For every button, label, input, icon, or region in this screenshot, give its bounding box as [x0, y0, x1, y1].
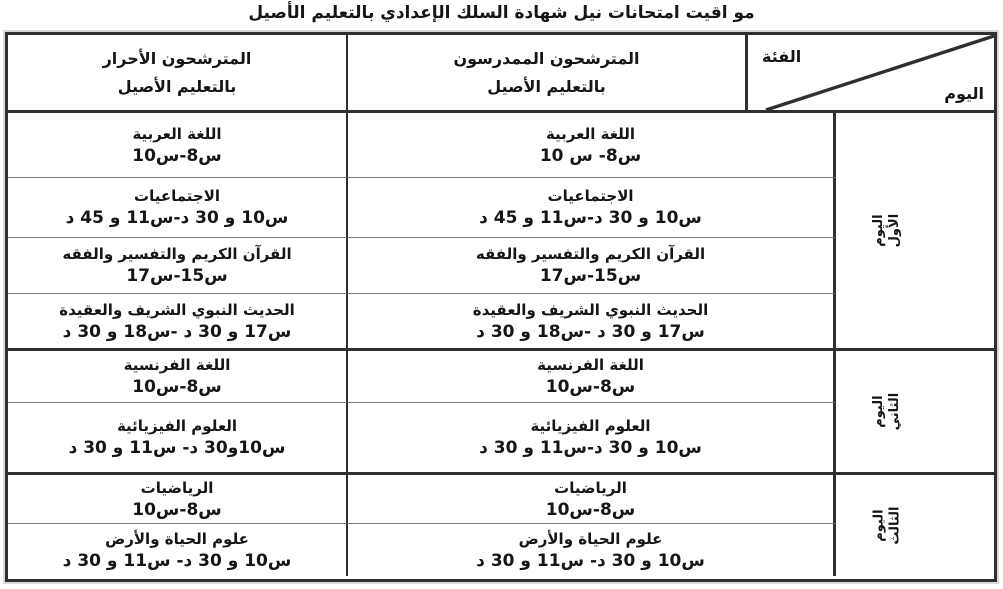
- header-free-line1: المترشحون الأحرار: [103, 45, 252, 73]
- subject-time: س10و30 د- س11 و 30 د: [69, 438, 286, 458]
- subject-name: علوم الحياة والأرض: [105, 530, 249, 548]
- header-enrolled-candidates: المترشحون الممدرسون بالتعليم الأصيل: [348, 35, 748, 110]
- header-free-candidates: المترشحون الأحرار بالتعليم الأصيل: [8, 35, 348, 110]
- day2-label-line1: اليوم: [871, 393, 887, 431]
- corner-category-label: الفئة: [762, 47, 801, 66]
- header-corner-cell: الفئة اليوم: [748, 35, 994, 110]
- cell-enrolled-day3-math: الرياضيات س8-س10: [348, 472, 836, 523]
- cell-free-day1-hadith: الحديث النبوي الشريف والعقيدة س17 و 30 د…: [8, 293, 348, 348]
- subject-name: اللغة الفرنسية: [124, 356, 231, 374]
- subject-name: القرآن الكريم والتفسير والفقه: [62, 245, 291, 263]
- cell-enrolled-day2-physics: العلوم الفيزيائية س10 و 30 د-س11 و 30 د: [348, 402, 836, 472]
- subject-name: الاجتماعيات: [134, 187, 220, 205]
- table-body: اللغة العربية س8-س10 اللغة العربية س8- س…: [8, 113, 994, 576]
- subject-time: س8-س10: [546, 500, 636, 520]
- cell-free-day1-social: الاجتماعيات س10 و 30 د-س11 و 45 د: [8, 177, 348, 237]
- subject-name: القرآن الكريم والتفسير والفقه: [476, 245, 705, 263]
- day2-cell: اليوم الثاني: [836, 348, 994, 472]
- cell-enrolled-day1-arabic: اللغة العربية س8- س 10: [348, 113, 836, 177]
- subject-time: س15-س17: [126, 266, 227, 286]
- table-header-row: المترشحون الأحرار بالتعليم الأصيل المترش…: [8, 35, 994, 113]
- subject-name: اللغة العربية: [546, 125, 635, 143]
- cell-enrolled-day1-social: الاجتماعيات س10 و 30 د-س11 و 45 د: [348, 177, 836, 237]
- subject-time: س17 و 30 د -س18 و 30 د: [63, 322, 292, 342]
- day1-label-line2: الأول: [887, 214, 903, 248]
- subject-time: س8-س10: [132, 500, 222, 520]
- cell-free-day1-quran: القرآن الكريم والتفسير والفقه س15-س17: [8, 237, 348, 293]
- day3-label-line2: الثالث: [887, 506, 903, 544]
- exam-schedule-table: المترشحون الأحرار بالتعليم الأصيل المترش…: [5, 32, 997, 582]
- subject-time: س10 و 30 د- س11 و 30 د: [476, 551, 705, 571]
- scanned-exam-timetable-page: { "page": { "title": "مو اقيت امتحانات ن…: [0, 0, 1003, 589]
- subject-time: س8-س10: [546, 377, 636, 397]
- cell-enrolled-day2-french: اللغة الفرنسية س8-س10: [348, 348, 836, 402]
- cell-enrolled-day1-quran: القرآن الكريم والتفسير والفقه س15-س17: [348, 237, 836, 293]
- cell-free-day1-arabic: اللغة العربية س8-س10: [8, 113, 348, 177]
- header-free-line2: بالتعليم الأصيل: [118, 73, 236, 101]
- subject-time: س10 و 30 د-س11 و 45 د: [66, 208, 289, 228]
- subject-name: الحديث النبوي الشريف والعقيدة: [59, 301, 294, 319]
- cell-free-day3-math: الرياضيات س8-س10: [8, 472, 348, 523]
- day3-label: اليوم الثالث: [871, 506, 902, 544]
- subject-time: س15-س17: [540, 266, 641, 286]
- subject-time: س8-س10: [132, 146, 222, 166]
- subject-time: س10 و 30 د-س11 و 30 د: [479, 438, 702, 458]
- cell-free-day3-svt: علوم الحياة والأرض س10 و 30 د- س11 و 30 …: [8, 523, 348, 576]
- subject-name: الحديث النبوي الشريف والعقيدة: [473, 301, 708, 319]
- page-title: مو اقيت امتحانات نيل شهادة السلك الإعداد…: [0, 3, 1003, 23]
- subject-time: س17 و 30 د -س18 و 30 د: [476, 322, 705, 342]
- header-enrolled-line2: بالتعليم الأصيل: [487, 73, 605, 101]
- cell-free-day2-french: اللغة الفرنسية س8-س10: [8, 348, 348, 402]
- day1-label-line1: اليوم: [871, 214, 887, 248]
- subject-name: اللغة العربية: [132, 125, 221, 143]
- cell-enrolled-day3-svt: علوم الحياة والأرض س10 و 30 د- س11 و 30 …: [348, 523, 836, 576]
- day1-cell: اليوم الأول: [836, 113, 994, 348]
- day2-label: اليوم الثاني: [871, 393, 902, 431]
- subject-name: الاجتماعيات: [548, 187, 634, 205]
- subject-name: العلوم الفيزيائية: [530, 417, 650, 435]
- day1-label: اليوم الأول: [871, 214, 902, 248]
- day2-label-line2: الثاني: [887, 393, 903, 431]
- subject-name: الرياضيات: [141, 479, 214, 497]
- subject-time: س10 و 30 د-س11 و 45 د: [479, 208, 702, 228]
- day3-cell: اليوم الثالث: [836, 472, 994, 576]
- subject-name: العلوم الفيزيائية: [117, 417, 237, 435]
- subject-name: الرياضيات: [554, 479, 627, 497]
- subject-name: علوم الحياة والأرض: [519, 530, 663, 548]
- cell-free-day2-physics: العلوم الفيزيائية س10و30 د- س11 و 30 د: [8, 402, 348, 472]
- corner-day-label: اليوم: [944, 84, 984, 103]
- header-enrolled-line1: المترشحون الممدرسون: [453, 45, 639, 73]
- subject-time: س8- س 10: [540, 146, 641, 166]
- subject-time: س10 و 30 د- س11 و 30 د: [63, 551, 292, 571]
- cell-enrolled-day1-hadith: الحديث النبوي الشريف والعقيدة س17 و 30 د…: [348, 293, 836, 348]
- subject-name: اللغة الفرنسية: [537, 356, 644, 374]
- subject-time: س8-س10: [132, 377, 222, 397]
- day3-label-line1: اليوم: [871, 506, 887, 544]
